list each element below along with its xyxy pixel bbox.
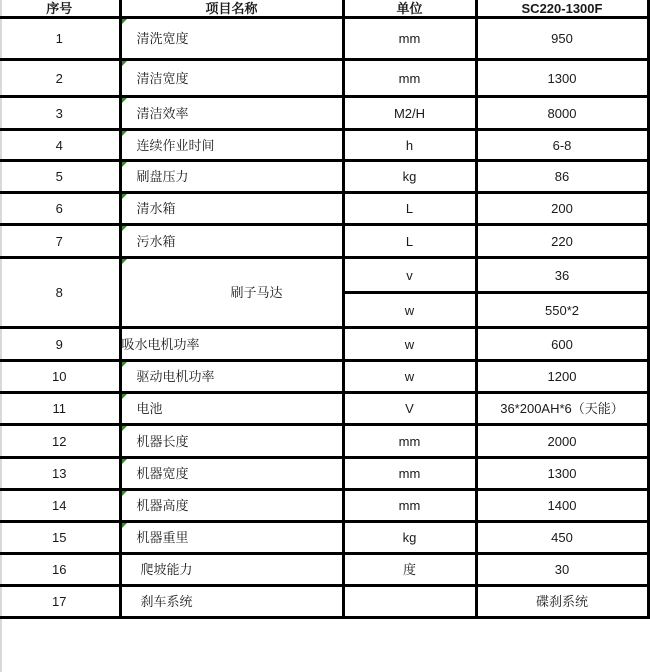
cell-no[interactable]: 3 bbox=[0, 97, 120, 130]
table-row: 6 清水箱 L 200 bbox=[0, 193, 648, 225]
cell-unit[interactable]: 度 bbox=[343, 554, 476, 586]
cell-unit[interactable]: mm bbox=[343, 425, 476, 458]
cell-unit[interactable]: w bbox=[343, 293, 476, 328]
table-row: 15 机器重里 kg 450 bbox=[0, 522, 648, 554]
cell-name[interactable]: 清洗宽度 bbox=[120, 18, 343, 60]
table-row: 17 刹车系统 碟刹系统 bbox=[0, 586, 648, 618]
cell-no[interactable]: 12 bbox=[0, 425, 120, 458]
comment-marker-icon bbox=[122, 61, 127, 66]
cell-value[interactable]: 碟刹系统 bbox=[476, 586, 648, 618]
cell-no[interactable]: 10 bbox=[0, 361, 120, 393]
cell-value[interactable]: 1300 bbox=[476, 60, 648, 97]
cell-value[interactable]: 1200 bbox=[476, 361, 648, 393]
table-row: 1 清洗宽度 mm 950 bbox=[0, 18, 648, 60]
cell-unit[interactable]: mm bbox=[343, 490, 476, 522]
cell-name-text: 清洁效率 bbox=[122, 107, 189, 120]
cell-name[interactable]: 刷盘压力 bbox=[120, 161, 343, 193]
cell-unit[interactable]: mm bbox=[343, 60, 476, 97]
cell-unit[interactable]: kg bbox=[343, 522, 476, 554]
table-row: 2 清洁宽度 mm 1300 bbox=[0, 60, 648, 97]
cell-value[interactable]: 8000 bbox=[476, 97, 648, 130]
cell-name[interactable]: 爬坡能力 bbox=[120, 554, 343, 586]
cell-value[interactable]: 1400 bbox=[476, 490, 648, 522]
table-row: 10 驱动电机功率 w 1200 bbox=[0, 361, 648, 393]
cell-name-text: 污水箱 bbox=[122, 235, 176, 248]
cell-name[interactable]: 清洁宽度 bbox=[120, 60, 343, 97]
comment-marker-icon bbox=[122, 259, 127, 264]
cell-name-text: 机器高度 bbox=[122, 499, 189, 512]
cell-name[interactable]: 机器宽度 bbox=[120, 458, 343, 490]
cell-name-text: 连续作业时间 bbox=[122, 139, 215, 152]
table-row: 7 污水箱 L 220 bbox=[0, 225, 648, 258]
table-row: 8 刷子马达 v 36 bbox=[0, 258, 648, 293]
cell-name-text: 吸水电机功率 bbox=[122, 338, 200, 351]
cell-no[interactable]: 16 bbox=[0, 554, 120, 586]
cell-name-text: 刷子马达 bbox=[180, 286, 282, 299]
comment-marker-icon bbox=[122, 131, 127, 136]
cell-value[interactable]: 200 bbox=[476, 193, 648, 225]
comment-marker-icon bbox=[122, 226, 127, 231]
cell-name[interactable]: 驱动电机功率 bbox=[120, 361, 343, 393]
cell-name-text: 机器长度 bbox=[122, 435, 189, 448]
cell-name[interactable]: 刹车系统 bbox=[120, 586, 343, 618]
cell-name-text: 电池 bbox=[122, 402, 163, 415]
cell-no[interactable]: 2 bbox=[0, 60, 120, 97]
table-row: 13 机器宽度 mm 1300 bbox=[0, 458, 648, 490]
comment-marker-icon bbox=[122, 162, 127, 167]
table-row: 5 刷盘压力 kg 86 bbox=[0, 161, 648, 193]
cell-name[interactable]: 机器长度 bbox=[120, 425, 343, 458]
header-row: 序号 项目名称 单位 SC220-1300F bbox=[0, 0, 648, 18]
cell-value[interactable]: 36*200AH*6（天能） bbox=[476, 393, 648, 425]
cell-value[interactable]: 220 bbox=[476, 225, 648, 258]
cell-name[interactable]: 清水箱 bbox=[120, 193, 343, 225]
comment-marker-icon bbox=[122, 523, 127, 528]
comment-marker-icon bbox=[122, 194, 127, 199]
cell-no[interactable]: 11 bbox=[0, 393, 120, 425]
comment-marker-icon bbox=[122, 362, 127, 367]
cell-unit[interactable]: mm bbox=[343, 18, 476, 60]
cell-value[interactable]: 30 bbox=[476, 554, 648, 586]
cell-name-text: 清洗宽度 bbox=[122, 32, 189, 45]
cell-no[interactable]: 9 bbox=[0, 328, 120, 361]
cell-name[interactable]: 电池 bbox=[120, 393, 343, 425]
table-row: 9 吸水电机功率 w 600 bbox=[0, 328, 648, 361]
cell-name-text: 刹车系统 bbox=[122, 595, 193, 608]
header-unit[interactable]: 单位 bbox=[343, 0, 476, 18]
cell-unit[interactable]: L bbox=[343, 193, 476, 225]
cell-no[interactable]: 13 bbox=[0, 458, 120, 490]
cell-unit[interactable]: w bbox=[343, 328, 476, 361]
cell-name[interactable]: 连续作业时间 bbox=[120, 130, 343, 161]
cell-name[interactable]: 清洁效率 bbox=[120, 97, 343, 130]
cell-value[interactable]: 86 bbox=[476, 161, 648, 193]
cell-name[interactable]: 吸水电机功率 bbox=[120, 328, 343, 361]
table-row: 14 机器高度 mm 1400 bbox=[0, 490, 648, 522]
cell-no[interactable]: 8 bbox=[0, 258, 120, 328]
comment-marker-icon bbox=[122, 98, 127, 103]
table-row: 4 连续作业时间 h 6-8 bbox=[0, 130, 648, 161]
cell-no[interactable]: 17 bbox=[0, 586, 120, 618]
cell-name-text: 刷盘压力 bbox=[122, 170, 189, 183]
cell-value[interactable]: 6-8 bbox=[476, 130, 648, 161]
cell-unit[interactable]: mm bbox=[343, 458, 476, 490]
cell-name-text: 清水箱 bbox=[122, 202, 176, 215]
cell-value[interactable]: 2000 bbox=[476, 425, 648, 458]
cell-no[interactable]: 15 bbox=[0, 522, 120, 554]
cell-name[interactable]: 污水箱 bbox=[120, 225, 343, 258]
cell-unit[interactable]: v bbox=[343, 258, 476, 293]
header-value[interactable]: SC220-1300F bbox=[476, 0, 648, 18]
table-row: 3 清洁效率 M2/H 8000 bbox=[0, 97, 648, 130]
cell-no[interactable]: 1 bbox=[0, 18, 120, 60]
cell-value[interactable]: 36 bbox=[476, 258, 648, 293]
spec-table: 序号 项目名称 单位 SC220-1300F 1 清洗宽度 mm 950 2 清… bbox=[0, 0, 650, 619]
cell-no[interactable]: 14 bbox=[0, 490, 120, 522]
cell-unit[interactable]: V bbox=[343, 393, 476, 425]
cell-no[interactable]: 6 bbox=[0, 193, 120, 225]
cell-unit[interactable]: L bbox=[343, 225, 476, 258]
cell-name-text: 机器重里 bbox=[122, 531, 189, 544]
cell-value[interactable]: 1300 bbox=[476, 458, 648, 490]
comment-marker-icon bbox=[122, 491, 127, 496]
cell-unit[interactable] bbox=[343, 586, 476, 618]
cell-unit[interactable]: h bbox=[343, 130, 476, 161]
cell-value[interactable]: 950 bbox=[476, 18, 648, 60]
cell-no[interactable]: 5 bbox=[0, 161, 120, 193]
comment-marker-icon bbox=[122, 426, 127, 431]
header-name[interactable]: 项目名称 bbox=[120, 0, 343, 18]
cell-name[interactable]: 刷子马达 bbox=[120, 258, 343, 328]
header-no[interactable]: 序号 bbox=[0, 0, 120, 18]
cell-value[interactable]: 450 bbox=[476, 522, 648, 554]
cell-no[interactable]: 4 bbox=[0, 130, 120, 161]
cell-unit[interactable]: w bbox=[343, 361, 476, 393]
cell-name-text: 爬坡能力 bbox=[122, 563, 193, 576]
table-row: 16 爬坡能力 度 30 bbox=[0, 554, 648, 586]
comment-marker-icon bbox=[122, 459, 127, 464]
cell-name[interactable]: 机器高度 bbox=[120, 490, 343, 522]
table-row: 11 电池 V 36*200AH*6（天能） bbox=[0, 393, 648, 425]
comment-marker-icon bbox=[122, 394, 127, 399]
cell-name-text: 驱动电机功率 bbox=[122, 370, 215, 383]
cell-no[interactable]: 7 bbox=[0, 225, 120, 258]
cell-name-text: 机器宽度 bbox=[122, 467, 189, 480]
cell-unit[interactable]: M2/H bbox=[343, 97, 476, 130]
cell-unit[interactable]: kg bbox=[343, 161, 476, 193]
cell-name[interactable]: 机器重里 bbox=[120, 522, 343, 554]
table-row: 12 机器长度 mm 2000 bbox=[0, 425, 648, 458]
comment-marker-icon bbox=[122, 19, 127, 24]
cell-value[interactable]: 550*2 bbox=[476, 293, 648, 328]
cell-value[interactable]: 600 bbox=[476, 328, 648, 361]
cell-name-text: 清洁宽度 bbox=[122, 72, 189, 85]
